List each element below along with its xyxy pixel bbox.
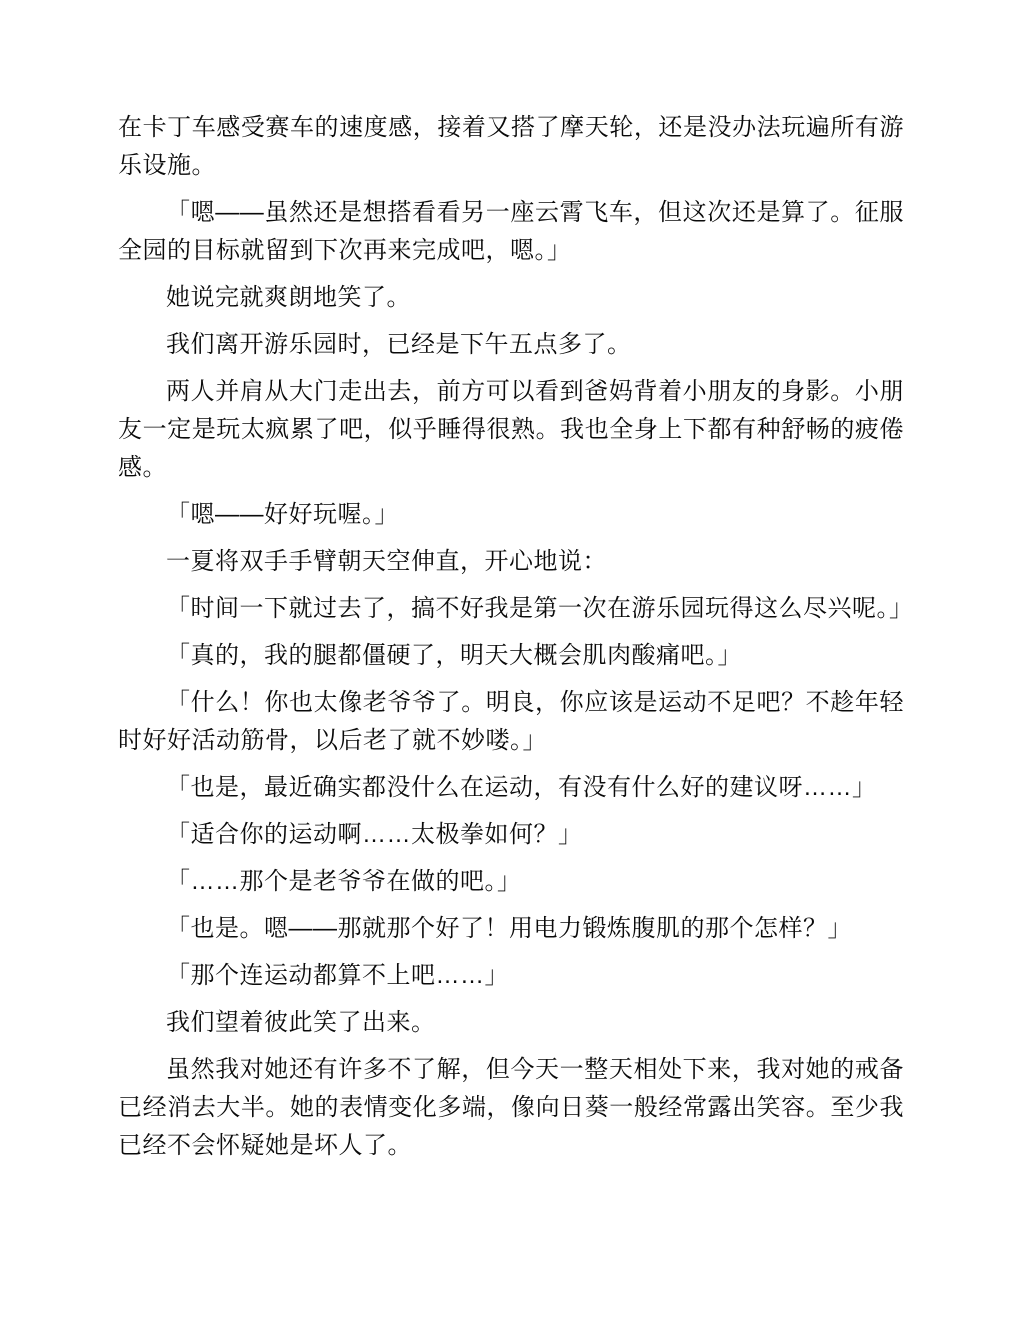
paragraph: 「……那个是老爷爷在做的吧。」	[118, 863, 904, 901]
novel-text-block: 在卡丁车感受赛车的速度感，接着又搭了摩天轮，还是没办法玩遍所有游乐设施。「嗯——…	[118, 109, 904, 1174]
paragraph: 「也是。嗯——那就那个好了！用电力锻炼腹肌的那个怎样？」	[118, 910, 904, 948]
paragraph: 我们离开游乐园时，已经是下午五点多了。	[118, 326, 904, 364]
paragraph: 一夏将双手手臂朝天空伸直，开心地说：	[118, 543, 904, 581]
paragraph: 「嗯——好好玩喔。」	[118, 496, 904, 534]
paragraph: 在卡丁车感受赛车的速度感，接着又搭了摩天轮，还是没办法玩遍所有游乐设施。	[118, 109, 904, 185]
paragraph: 「嗯——虽然还是想搭看看另一座云霄飞车，但这次还是算了。征服全园的目标就留到下次…	[118, 194, 904, 270]
paragraph: 「那个连运动都算不上吧……」	[118, 957, 904, 995]
paragraph: 她说完就爽朗地笑了。	[118, 279, 904, 317]
paragraph: 虽然我对她还有许多不了解，但今天一整天相处下来，我对她的戒备已经消去大半。她的表…	[118, 1051, 904, 1165]
paragraph: 「时间一下就过去了，搞不好我是第一次在游乐园玩得这么尽兴呢。」	[118, 590, 904, 628]
paragraph: 两人并肩从大门走出去，前方可以看到爸妈背着小朋友的身影。小朋友一定是玩太疯累了吧…	[118, 373, 904, 487]
paragraph: 「什么！你也太像老爷爷了。明良，你应该是运动不足吧？不趁年轻时好好活动筋骨，以后…	[118, 684, 904, 760]
paragraph: 我们望着彼此笑了出来。	[118, 1004, 904, 1042]
paragraph: 「适合你的运动啊……太极拳如何？」	[118, 816, 904, 854]
paragraph: 「真的，我的腿都僵硬了，明天大概会肌肉酸痛吧。」	[118, 637, 904, 675]
novel-page: 在卡丁车感受赛车的速度感，接着又搭了摩天轮，还是没办法玩遍所有游乐设施。「嗯——…	[0, 0, 1020, 1320]
paragraph: 「也是，最近确实都没什么在运动，有没有什么好的建议呀……」	[118, 769, 904, 807]
